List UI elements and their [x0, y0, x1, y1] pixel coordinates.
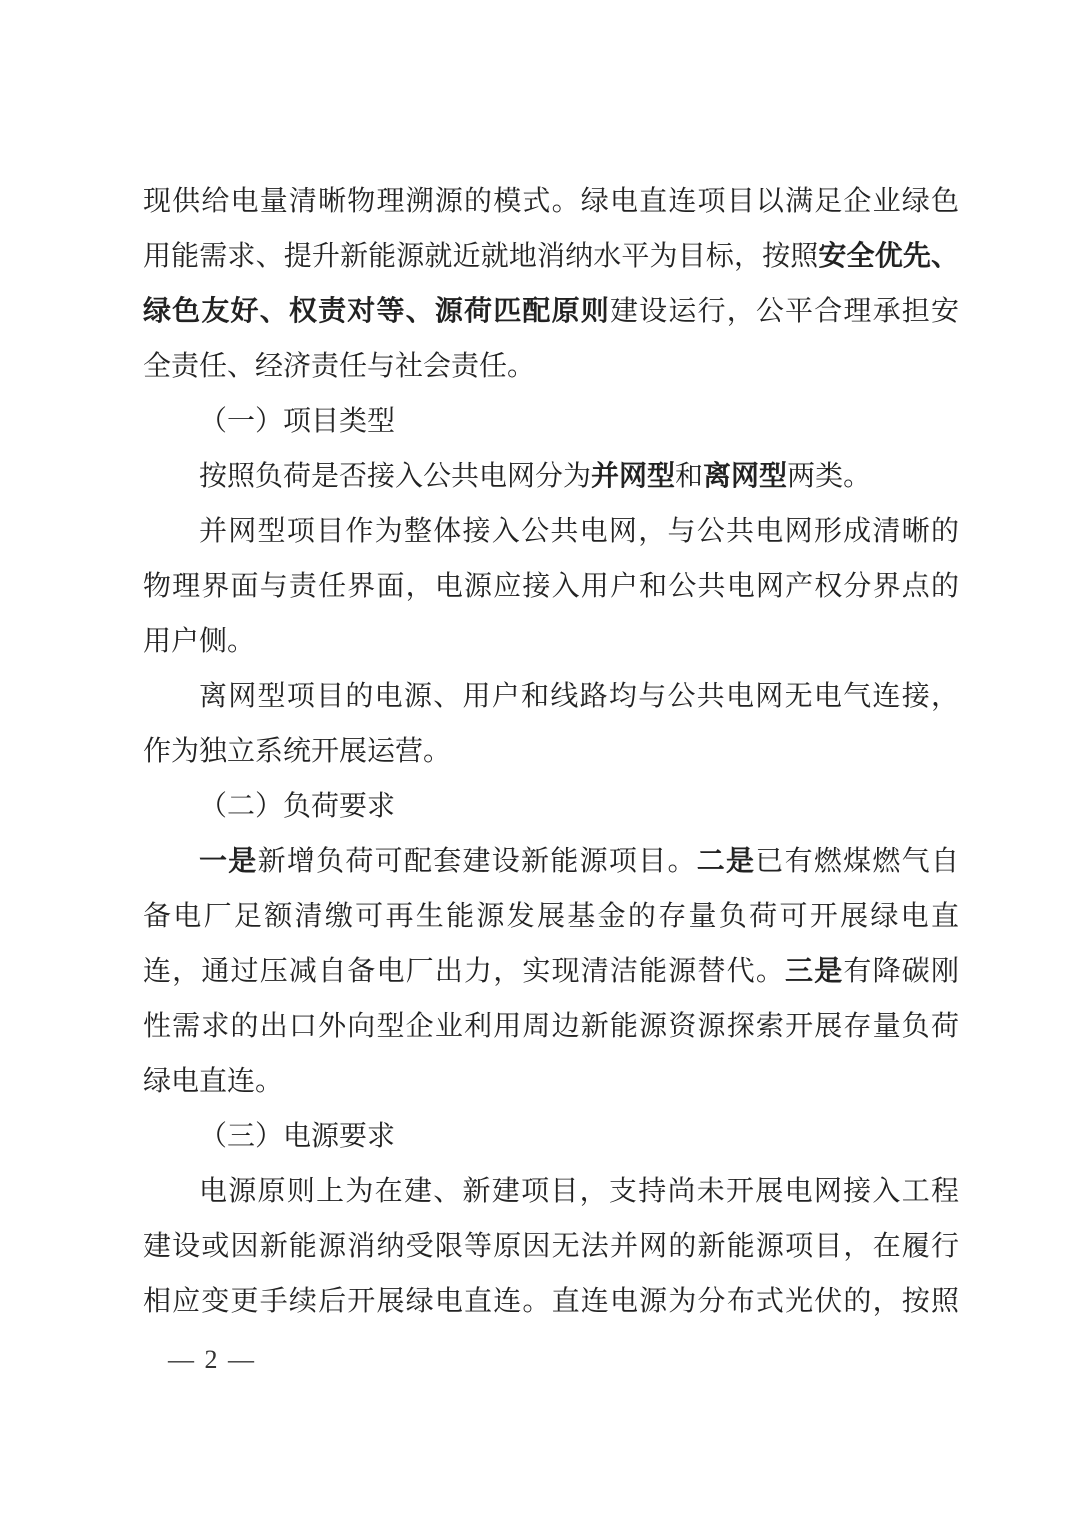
text-line: 性需求的出口外向型企业利用周边新能源资源探索开展存量负荷 — [143, 999, 959, 1054]
bold-text-segment: 绿色友好、权责对等、源荷匹配原则 — [143, 296, 610, 327]
text-segment: 作为独立系统开展运营。 — [143, 736, 451, 767]
text-segment: 连，通过压减自备电厂出力，实现清洁能源替代。 — [143, 956, 785, 987]
text-segment: 已有燃煤燃气自 — [755, 846, 959, 877]
text-line: 现供给电量清晰物理溯源的模式。绿电直连项目以满足企业绿色 — [143, 174, 959, 229]
text-segment: 有降碳刚 — [843, 956, 959, 987]
text-segment: 相应变更手续后开展绿电直连。直连电源为分布式光伏的，按照 — [143, 1286, 959, 1317]
bold-text-segment: 二是 — [697, 846, 756, 877]
text-segment: 现供给电量清晰物理溯源的模式。绿电直连项目以满足企业绿色 — [143, 186, 959, 217]
bold-text-segment: 一是 — [199, 846, 258, 877]
text-segment: 用能需求、提升新能源就近就地消纳水平为目标，按照 — [143, 241, 818, 272]
text-line: 用户侧。 — [143, 614, 959, 669]
text-segment: 电源原则上为在建、新建项目，支持尚未开展电网接入工程 — [199, 1176, 959, 1207]
text-line: 并网型项目作为整体接入公共电网，与公共电网形成清晰的 — [143, 504, 959, 559]
document-page: 现供给电量清晰物理溯源的模式。绿电直连项目以满足企业绿色用能需求、提升新能源就近… — [0, 0, 1080, 1528]
text-line: 连，通过压减自备电厂出力，实现清洁能源替代。三是有降碳刚 — [143, 944, 959, 999]
text-segment: 备电厂足额清缴可再生能源发展基金的存量负荷可开展绿电直 — [143, 901, 959, 932]
text-segment: 全责任、经济责任与社会责任。 — [143, 351, 535, 382]
text-segment: 并网型项目作为整体接入公共电网，与公共电网形成清晰的 — [199, 516, 959, 547]
text-segment: 性需求的出口外向型企业利用周边新能源资源探索开展存量负荷 — [143, 1011, 959, 1042]
text-segment: 离网型项目的电源、用户和线路均与公共电网无电气连接， — [199, 681, 959, 712]
text-line: 全责任、经济责任与社会责任。 — [143, 339, 959, 394]
text-segment: 用户侧。 — [143, 626, 255, 657]
text-segment: 建设运行，公平合理承担安 — [610, 296, 959, 327]
text-line: 一是新增负荷可配套建设新能源项目。二是已有燃煤燃气自 — [143, 834, 959, 889]
text-segment: 建设或因新能源消纳受限等原因无法并网的新能源项目，在履行 — [143, 1231, 959, 1262]
text-line: 离网型项目的电源、用户和线路均与公共电网无电气连接， — [143, 669, 959, 724]
text-line: 用能需求、提升新能源就近就地消纳水平为目标，按照安全优先、 — [143, 229, 959, 284]
text-segment: 绿电直连。 — [143, 1066, 283, 1097]
text-line: 建设或因新能源消纳受限等原因无法并网的新能源项目，在履行 — [143, 1219, 959, 1274]
text-line: 按照负荷是否接入公共电网分为并网型和离网型两类。 — [143, 449, 959, 504]
text-line: 电源原则上为在建、新建项目，支持尚未开展电网接入工程 — [143, 1164, 959, 1219]
text-segment: 物理界面与责任界面，电源应接入用户和公共电网产权分界点的 — [143, 571, 959, 602]
page-number: — 2 — — [168, 1342, 256, 1378]
text-segment: 两类。 — [787, 461, 871, 492]
text-segment: 按照负荷是否接入公共电网分为 — [199, 461, 591, 492]
text-line: 备电厂足额清缴可再生能源发展基金的存量负荷可开展绿电直 — [143, 889, 959, 944]
text-line: 相应变更手续后开展绿电直连。直连电源为分布式光伏的，按照 — [143, 1274, 959, 1329]
text-segment: （一）项目类型 — [199, 406, 395, 437]
text-line: 作为独立系统开展运营。 — [143, 724, 959, 779]
bold-text-segment: 并网型 — [591, 461, 675, 492]
heading-project-type: （一）项目类型 — [143, 394, 959, 449]
heading-load-requirements: （二）负荷要求 — [143, 779, 959, 834]
text-line: 物理界面与责任界面，电源应接入用户和公共电网产权分界点的 — [143, 559, 959, 614]
text-line: 绿色友好、权责对等、源荷匹配原则建设运行，公平合理承担安 — [143, 284, 959, 339]
text-segment: 和 — [675, 461, 703, 492]
bold-text-segment: 安全优先、 — [818, 241, 959, 272]
bold-text-segment: 三是 — [785, 956, 843, 987]
text-segment: （二）负荷要求 — [199, 791, 395, 822]
bold-text-segment: 离网型 — [703, 461, 787, 492]
heading-power-requirements: （三）电源要求 — [143, 1109, 959, 1164]
text-segment: （三）电源要求 — [199, 1121, 395, 1152]
document-body: 现供给电量清晰物理溯源的模式。绿电直连项目以满足企业绿色用能需求、提升新能源就近… — [143, 174, 959, 1329]
text-line: 绿电直连。 — [143, 1054, 959, 1109]
text-segment: 新增负荷可配套建设新能源项目。 — [258, 846, 697, 877]
